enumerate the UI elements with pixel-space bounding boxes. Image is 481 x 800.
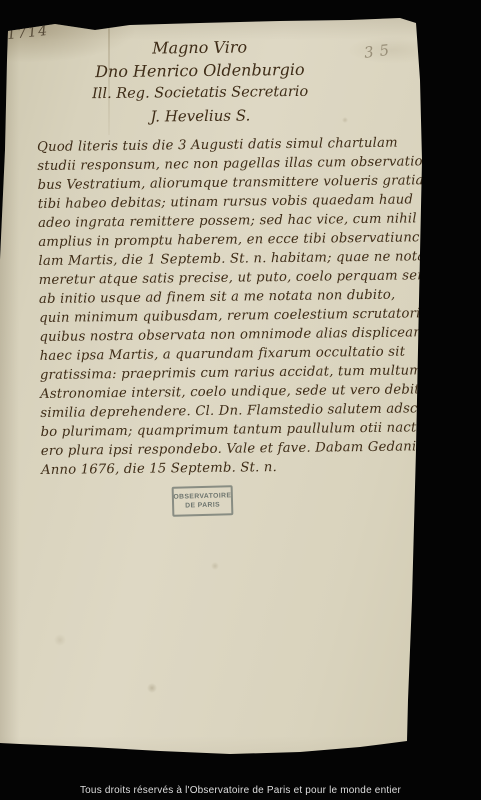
observatoire-de-paris-stamp: OBSERVATOIRE DE PARIS: [172, 485, 234, 517]
stamp-line-2: DE PARIS: [185, 501, 220, 511]
paper-sheet: 1714 35 Magno Viro Dno Henrico Oldenburg…: [0, 0, 481, 800]
address-line-4: J. Hevelius S.: [20, 103, 380, 130]
letter-body: Quod literis tuis die 3 Augusti datis si…: [37, 133, 431, 480]
letter-line-18: Anno 1676, die 15 Septemb. St. n.: [41, 456, 431, 480]
copyright-caption: Tous droits réservés à l'Observatoire de…: [0, 785, 481, 796]
manuscript-scan: 1714 35 Magno Viro Dno Henrico Oldenburg…: [0, 0, 481, 800]
address-block: Magno Viro Dno Henrico Oldenburgio Ill. …: [20, 34, 381, 130]
